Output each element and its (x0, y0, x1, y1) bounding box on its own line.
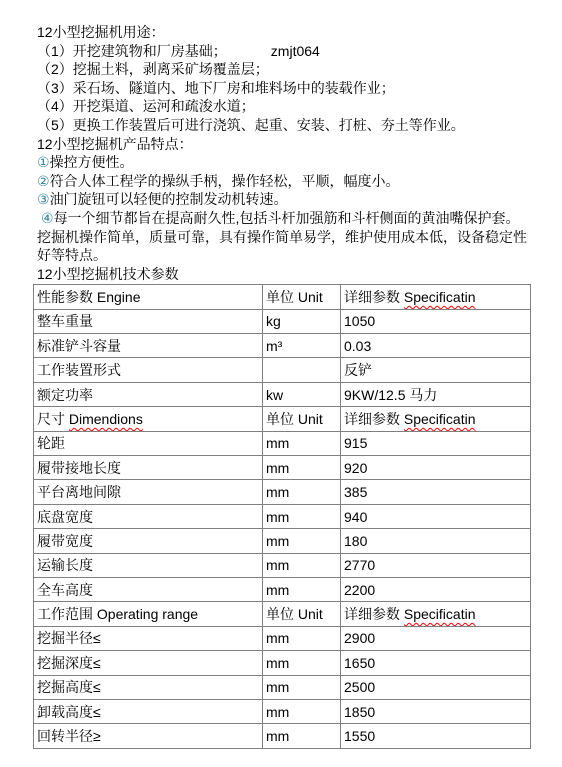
feature-item-text: 操控方便性。 (50, 154, 134, 170)
spec-unit-text: mm (266, 582, 289, 598)
spec-cell-unit: kw (263, 382, 341, 406)
spec-cell-parameter: 挖掘高度≤ (34, 675, 263, 699)
spec-cell-value: 1050 (341, 309, 531, 333)
spec-row: 履带宽度mm180 (34, 529, 531, 553)
spec-parameter-text: 履带宽度 (37, 533, 93, 549)
spec-parameter-text: 挖掘半径≤ (37, 630, 101, 646)
spec-value-text: 1050 (344, 313, 375, 329)
spec-value-text: 385 (344, 484, 367, 500)
spec-value-text: 反铲 (344, 362, 372, 378)
watermark-code: zmjt064 (271, 43, 320, 59)
spec-unit-text: mm (266, 728, 289, 744)
feature-item-marker: ③ (37, 191, 50, 207)
spec-table-body: 性能参数 Engine单位 Unit详细参数 Specificatin整车重量k… (34, 285, 531, 748)
spec-row: 卸载高度≤mm1850 (34, 699, 531, 723)
spec-value-text: 940 (344, 509, 367, 525)
feature-item-text: 油门旋钮可以轻便的控制发动机转速。 (50, 191, 288, 207)
spec-cell-parameter: 工作范围 Operating range (34, 602, 263, 626)
spec-unit-text: m³ (266, 338, 282, 354)
spec-cell-parameter: 轮距 (34, 431, 263, 455)
spec-unit-text: 单位 Unit (266, 411, 323, 427)
spec-section-header-row: 工作范围 Operating range单位 Unit详细参数 Specific… (34, 602, 531, 626)
spec-row: 挖掘半径≤mm2900 (34, 626, 531, 650)
spec-value-misspelled: Specificatin (404, 411, 476, 427)
spec-value-misspelled: Specificatin (404, 289, 476, 305)
use-item-text: （3）采石场、隧道内、地下厂房和堆料场中的装载作业； (37, 80, 395, 96)
spec-parameter-text: 卸载高度≤ (37, 704, 101, 720)
spec-cell-unit: 单位 Unit (263, 407, 341, 431)
spec-cell-value: 详细参数 Specificatin (341, 602, 531, 626)
spec-row: 全车高度mm2200 (34, 578, 531, 602)
use-item-text: （1）开挖建筑物和厂房基础； (37, 43, 227, 59)
spec-unit-text: mm (266, 484, 289, 500)
spec-value-text: 2900 (344, 630, 375, 646)
spec-cell-unit: mm (263, 431, 341, 455)
spec-unit-text: 单位 Unit (266, 606, 323, 622)
spec-cell-parameter: 标准铲斗容量 (34, 334, 263, 358)
spec-section-header-row: 性能参数 Engine单位 Unit详细参数 Specificatin (34, 285, 531, 309)
spec-parameter-text: 尺寸 (37, 411, 69, 427)
spec-unit-text: mm (266, 460, 289, 476)
spec-parameter-misspelled: Dimendions (69, 411, 143, 427)
spec-unit-text: mm (266, 435, 289, 451)
spec-cell-value: 2500 (341, 675, 531, 699)
spec-cell-value: 2770 (341, 553, 531, 577)
feature-item-marker: ② (37, 173, 50, 189)
spec-parameter-text: 轮距 (37, 435, 65, 451)
document-page: 12小型挖掘机用途： （1）开挖建筑物和厂房基础；zmjt064（2）挖掘土料，… (0, 0, 562, 767)
spec-unit-text: mm (266, 533, 289, 549)
feature-item: ①操控方便性。 (37, 153, 542, 172)
spec-unit-text: kg (266, 313, 281, 329)
uses-section-title: 12小型挖掘机用途： (37, 23, 542, 42)
spec-cell-value: 385 (341, 480, 531, 504)
spec-value-text: 1550 (344, 728, 375, 744)
spec-cell-parameter: 全车高度 (34, 578, 263, 602)
spec-cell-parameter: 挖掘半径≤ (34, 626, 263, 650)
spec-value-text: 详细参数 (344, 289, 404, 305)
spec-row: 运输长度mm2770 (34, 553, 531, 577)
spec-cell-unit: kg (263, 309, 341, 333)
spec-row: 整车重量kg1050 (34, 309, 531, 333)
spec-cell-parameter: 工作装置形式 (34, 358, 263, 382)
spec-cell-unit: mm (263, 626, 341, 650)
spec-cell-value: 1850 (341, 699, 531, 723)
spec-cell-parameter: 额定功率 (34, 382, 263, 406)
spec-parameter-text: 履带接地长度 (37, 460, 121, 476)
spec-value-text: 2200 (344, 582, 375, 598)
spec-cell-parameter: 整车重量 (34, 309, 263, 333)
spec-parameter-text: 挖掘高度≤ (37, 679, 101, 695)
spec-cell-unit: mm (263, 553, 341, 577)
spec-value-text: 2770 (344, 557, 375, 573)
spec-cell-parameter: 性能参数 Engine (34, 285, 263, 309)
spec-value-text: 1650 (344, 655, 375, 671)
spec-parameter-text: 工作范围 Operating range (37, 606, 198, 622)
spec-cell-value: 详细参数 Specificatin (341, 407, 531, 431)
specs-section-title: 12小型挖掘机技术参数 (37, 265, 542, 284)
spec-parameter-text: 整车重量 (37, 313, 93, 329)
features-list: ①操控方便性。②符合人体工程学的操纵手柄，操作轻松，平顺，幅度小。③油门旋钮可以… (37, 153, 542, 227)
spec-unit-text: kw (266, 387, 283, 403)
spec-section-header-row: 尺寸 Dimendions单位 Unit详细参数 Specificatin (34, 407, 531, 431)
spec-row: 挖掘高度≤mm2500 (34, 675, 531, 699)
spec-cell-value: 1550 (341, 724, 531, 748)
spec-cell-unit: mm (263, 456, 341, 480)
spec-value-text: 详细参数 (344, 411, 404, 427)
spec-parameter-text: 标准铲斗容量 (37, 338, 121, 354)
spec-cell-unit: mm (263, 578, 341, 602)
use-item-text: （2）挖掘土料，剥离采矿场覆盖层； (37, 61, 269, 77)
spec-row: 履带接地长度mm920 (34, 456, 531, 480)
spec-parameter-text: 运输长度 (37, 557, 93, 573)
spec-cell-parameter: 尺寸 Dimendions (34, 407, 263, 431)
spec-cell-value: 详细参数 Specificatin (341, 285, 531, 309)
spec-value-text: 915 (344, 435, 367, 451)
spec-cell-unit: m³ (263, 334, 341, 358)
spec-cell-value: 0.03 (341, 334, 531, 358)
feature-item: ②符合人体工程学的操纵手柄，操作轻松，平顺，幅度小。 (37, 172, 542, 191)
spec-parameter-text: 回转半径≥ (37, 728, 101, 744)
spec-parameter-text: 底盘宽度 (37, 509, 93, 525)
features-paragraph: 挖掘机操作简单，质量可靠，具有操作简单易学，维护使用成本低，设备稳定性好等特点。 (37, 228, 542, 265)
features-paragraph-line: 好等特点。 (37, 246, 542, 265)
spec-row: 标准铲斗容量m³0.03 (34, 334, 531, 358)
spec-parameter-text: 额定功率 (37, 387, 93, 403)
spec-cell-value: 1650 (341, 651, 531, 675)
spec-row: 工作装置形式反铲 (34, 358, 531, 382)
use-item: （5）更换工作装置后可进行浇筑、起重、安装、打桩、夯土等作业。 (37, 116, 542, 135)
spec-cell-parameter: 平台离地间隙 (34, 480, 263, 504)
spec-parameter-text: 平台离地间隙 (37, 484, 121, 500)
spec-value-text: 9KW/12.5 马力 (344, 387, 437, 403)
spec-row: 回转半径≥mm1550 (34, 724, 531, 748)
use-item: （4）开挖渠道、运河和疏浚水道； (37, 97, 542, 116)
spec-value-text: 180 (344, 533, 367, 549)
spec-unit-text: 单位 Unit (266, 289, 323, 305)
spec-value-text: 920 (344, 460, 367, 476)
spec-unit-text: mm (266, 655, 289, 671)
feature-item-text: 每一个细节都旨在提高耐久性,包括斗杆加强筋和斗杆侧面的黄油嘴保护套。 (54, 210, 520, 226)
spec-row: 底盘宽度mm940 (34, 504, 531, 528)
spec-cell-unit: 单位 Unit (263, 285, 341, 309)
spec-value-text: 2500 (344, 679, 375, 695)
use-item: （2）挖掘土料，剥离采矿场覆盖层； (37, 60, 542, 79)
spec-cell-unit: mm (263, 504, 341, 528)
use-item-text: （5）更换工作装置后可进行浇筑、起重、安装、打桩、夯土等作业。 (37, 117, 465, 133)
spec-unit-text: mm (266, 630, 289, 646)
spec-cell-parameter: 底盘宽度 (34, 504, 263, 528)
spec-cell-unit: mm (263, 724, 341, 748)
spec-parameter-text: 工作装置形式 (37, 362, 121, 378)
spec-cell-parameter: 挖掘深度≤ (34, 651, 263, 675)
spec-row: 挖掘深度≤mm1650 (34, 651, 531, 675)
spec-cell-parameter: 运输长度 (34, 553, 263, 577)
spec-value-text: 0.03 (344, 338, 371, 354)
spec-value-text: 1850 (344, 704, 375, 720)
spec-cell-value: 920 (341, 456, 531, 480)
feature-item-marker: ① (37, 154, 50, 170)
spec-unit-text: mm (266, 557, 289, 573)
feature-item-text: 符合人体工程学的操纵手柄，操作轻松，平顺，幅度小。 (50, 173, 400, 189)
spec-unit-text: mm (266, 679, 289, 695)
spec-cell-unit (263, 358, 341, 382)
spec-cell-parameter: 卸载高度≤ (34, 699, 263, 723)
use-item: （1）开挖建筑物和厂房基础；zmjt064 (37, 42, 542, 61)
spec-table: 性能参数 Engine单位 Unit详细参数 Specificatin整车重量k… (33, 284, 531, 748)
spec-row: 平台离地间隙mm385 (34, 480, 531, 504)
spec-value-misspelled: Specificatin (404, 606, 476, 622)
uses-list: （1）开挖建筑物和厂房基础；zmjt064（2）挖掘土料，剥离采矿场覆盖层；（3… (37, 42, 542, 135)
spec-cell-unit: 单位 Unit (263, 602, 341, 626)
spec-cell-value: 2200 (341, 578, 531, 602)
spec-cell-value: 反铲 (341, 358, 531, 382)
spec-value-text: 详细参数 (344, 606, 404, 622)
spec-cell-unit: mm (263, 699, 341, 723)
spec-unit-text: mm (266, 704, 289, 720)
spec-cell-value: 940 (341, 504, 531, 528)
use-item: （3）采石场、隧道内、地下厂房和堆料场中的装载作业； (37, 79, 542, 98)
spec-cell-value: 915 (341, 431, 531, 455)
spec-cell-parameter: 回转半径≥ (34, 724, 263, 748)
feature-item: ④每一个细节都旨在提高耐久性,包括斗杆加强筋和斗杆侧面的黄油嘴保护套。 (37, 209, 542, 228)
feature-item-marker: ④ (41, 210, 54, 226)
spec-cell-unit: mm (263, 675, 341, 699)
spec-row: 额定功率kw9KW/12.5 马力 (34, 382, 531, 406)
spec-cell-value: 2900 (341, 626, 531, 650)
features-paragraph-line: 挖掘机操作简单，质量可靠，具有操作简单易学，维护使用成本低，设备稳定性 (37, 228, 542, 247)
spec-parameter-text: 性能参数 Engine (37, 289, 140, 305)
use-item-text: （4）开挖渠道、运河和疏浚水道； (37, 98, 255, 114)
spec-parameter-text: 挖掘深度≤ (37, 655, 101, 671)
spec-cell-unit: mm (263, 651, 341, 675)
features-section-title: 12小型挖掘机产品特点： (37, 135, 542, 154)
spec-cell-unit: mm (263, 529, 341, 553)
spec-unit-text: mm (266, 509, 289, 525)
spec-row: 轮距mm915 (34, 431, 531, 455)
spec-cell-unit: mm (263, 480, 341, 504)
feature-item: ③油门旋钮可以轻便的控制发动机转速。 (37, 190, 542, 209)
spec-cell-value: 180 (341, 529, 531, 553)
spec-cell-parameter: 履带宽度 (34, 529, 263, 553)
spec-cell-value: 9KW/12.5 马力 (341, 382, 531, 406)
spec-cell-parameter: 履带接地长度 (34, 456, 263, 480)
spec-parameter-text: 全车高度 (37, 582, 93, 598)
